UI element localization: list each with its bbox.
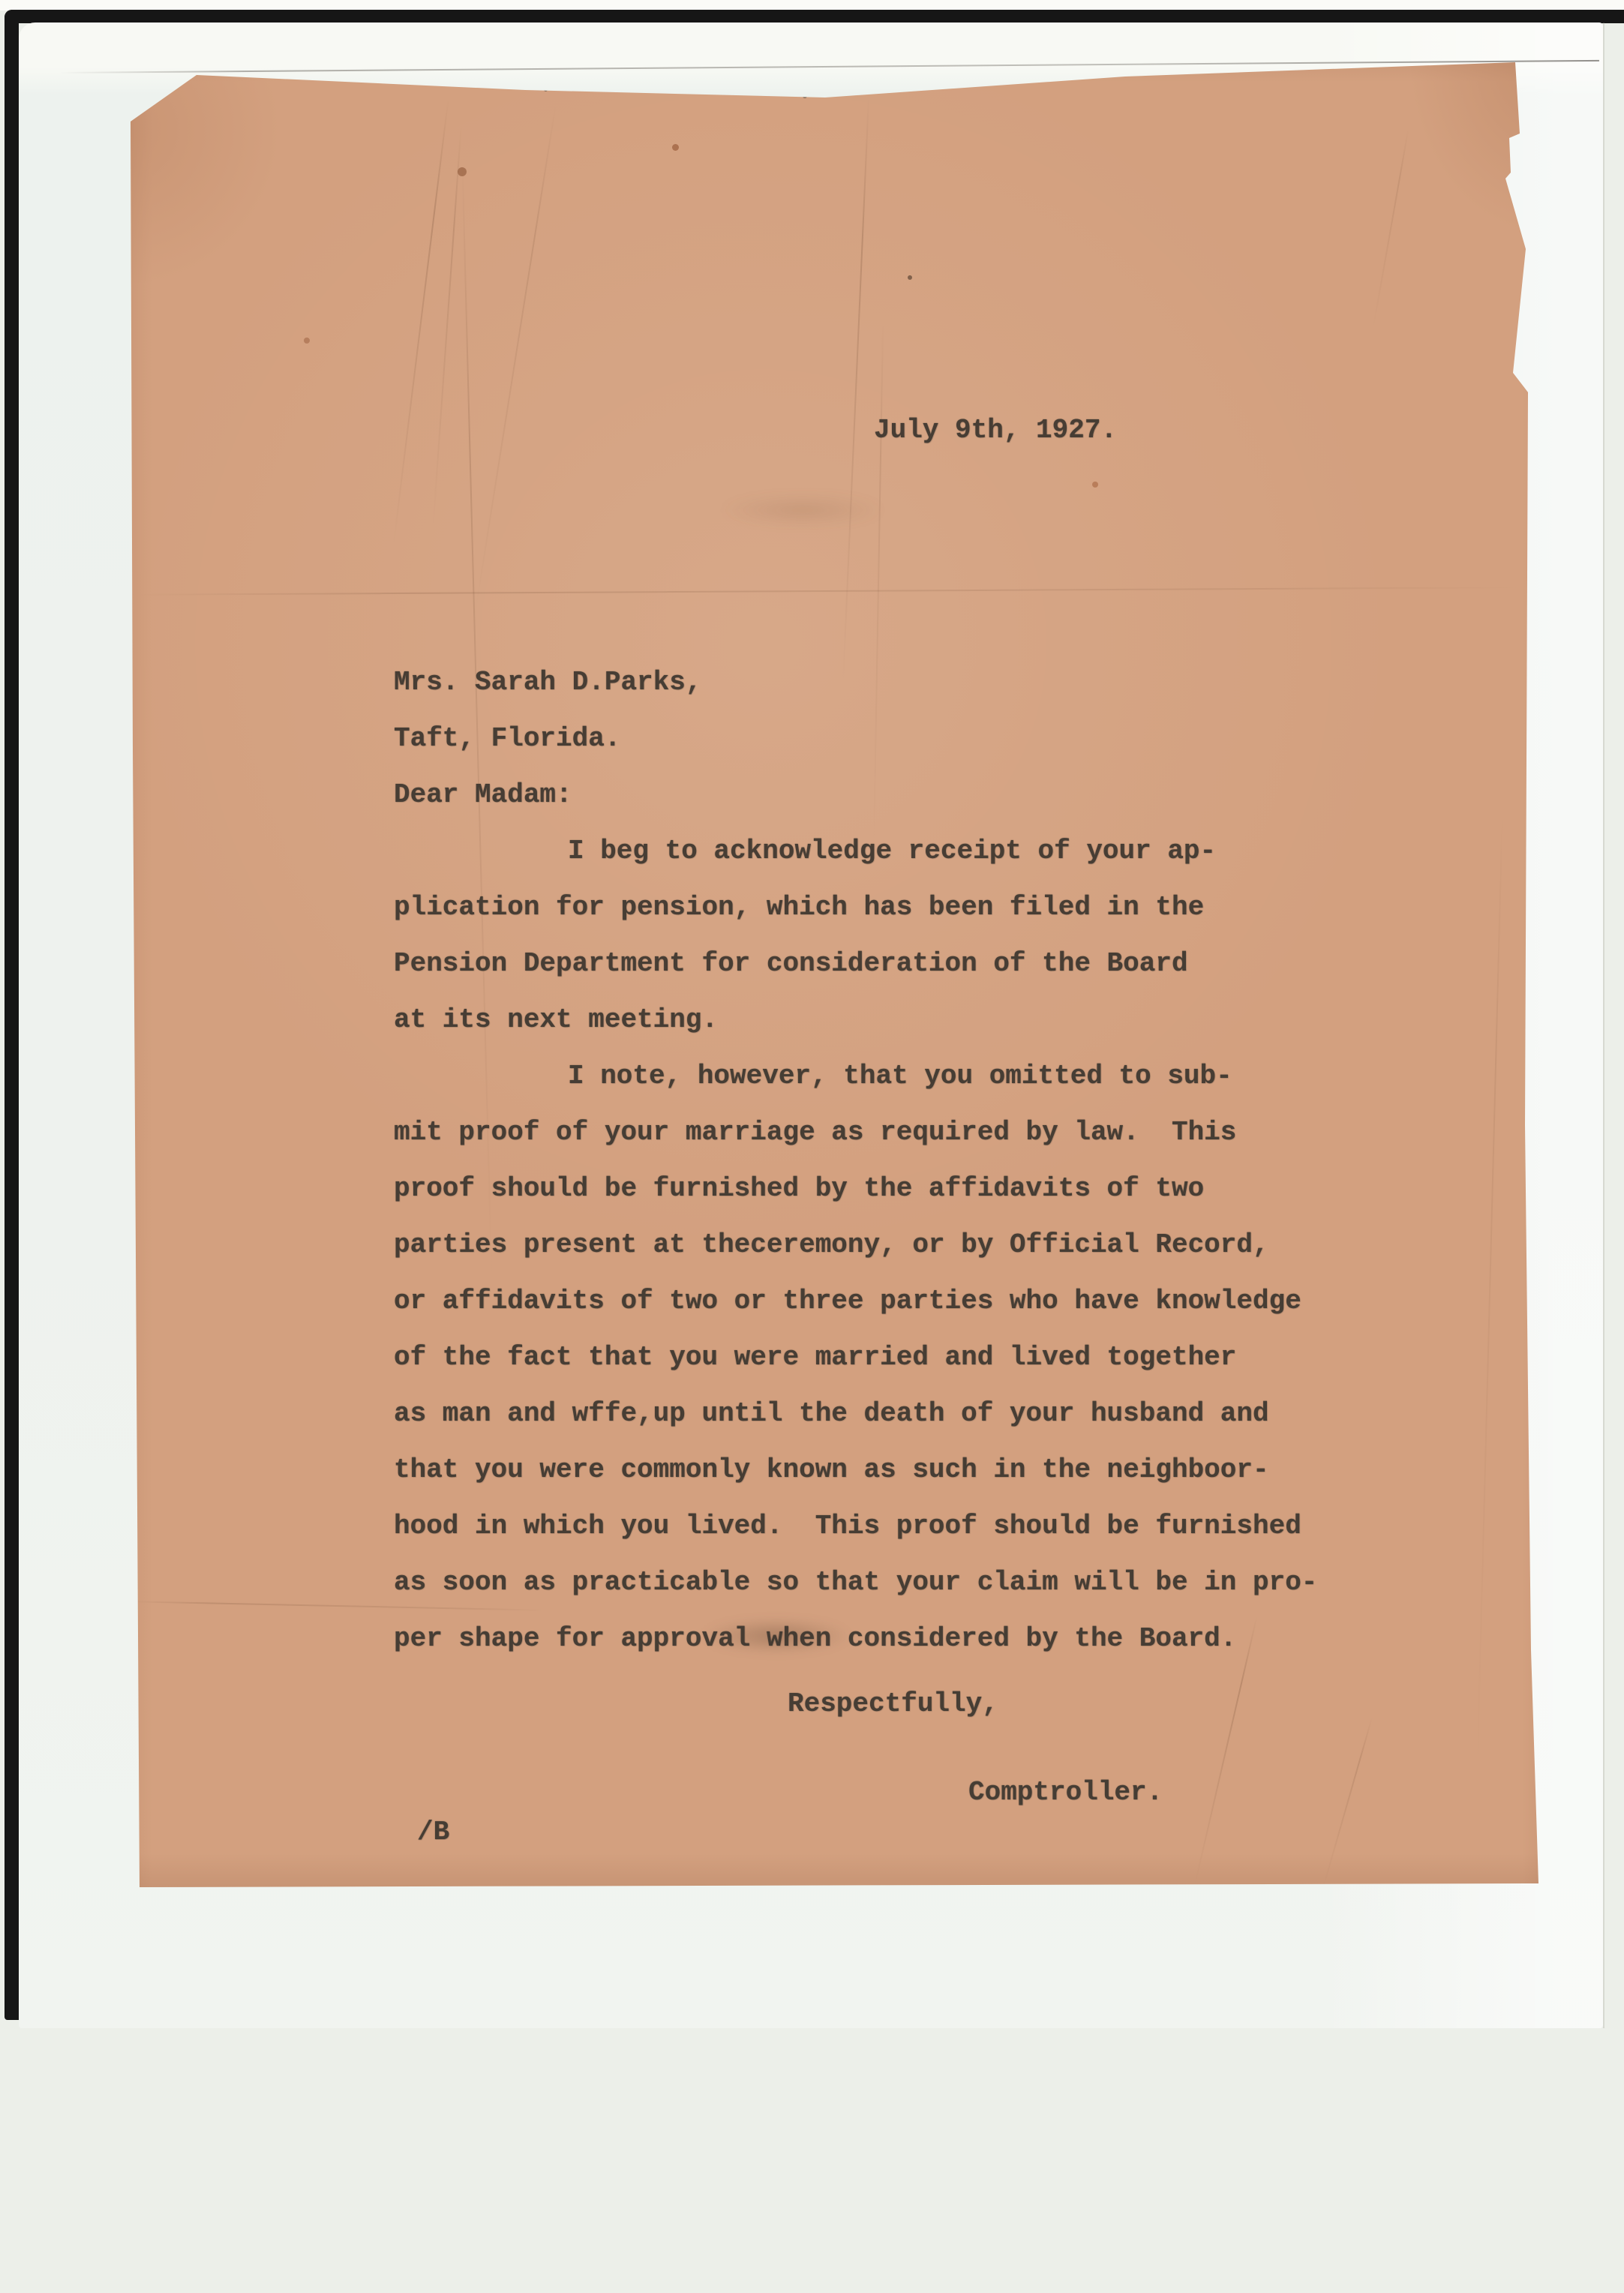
typist-initials: /B [417,1816,449,1849]
closing: Respectfully, [788,1688,998,1721]
letter-line: as man and wffe,up until the death of yo… [394,1397,1459,1454]
letter-line: proof should be furnished by the affidav… [394,1172,1459,1229]
paper-speck [458,167,467,176]
salutation: Dear Madam: [394,779,572,812]
signature-title: Comptroller. [968,1776,1163,1809]
crease-mark [873,323,884,848]
crease-mark [135,587,1523,596]
crease-mark [1373,129,1409,329]
letter-line: per shape for approval when considered b… [394,1622,1459,1679]
letter-paper: July 9th, 1927. Mrs. Sarah D.Parks, Taft… [124,56,1545,1890]
scanner-edge-strip [0,0,1624,11]
letter-line: Pension Department for consideration of … [394,947,1459,1004]
crease-mark [1476,814,1503,1774]
letter-line: parties present at theceremony, or by Of… [394,1229,1459,1285]
paper-speck [304,338,310,344]
letter-line: as soon as practicable so that your clai… [394,1566,1459,1622]
letter-line: mit proof of your marriage as required b… [394,1116,1459,1172]
letter-body: I beg to acknowledge receipt of your ap-… [394,835,1459,1679]
crease-mark [392,99,449,546]
crease-mark [842,98,869,682]
letter-line: or affidavits of two or three parties wh… [394,1285,1459,1341]
letter-line: hood in which you lived. This proof shou… [394,1510,1459,1566]
scanner-frame-left [5,10,19,2020]
letter-line: plication for pension, which has been fi… [394,891,1459,947]
letter-line: of the fact that you were married and li… [394,1341,1459,1397]
recipient-name: Mrs. Sarah D.Parks, [394,666,701,699]
paper-speck [908,275,912,280]
letter-line: I beg to acknowledge receipt of your ap- [394,835,1459,891]
paper-speck [1092,482,1098,488]
ink-smudge [720,495,885,525]
crease-mark [1322,1717,1373,1890]
scanner-frame-top [5,10,1624,23]
letter-line: I note, however, that you omitted to sub… [394,1060,1459,1116]
recipient-city: Taft, Florida. [394,722,620,755]
letter-date: July 9th, 1927. [874,414,1117,447]
letter-line: at its next meeting. [394,1004,1459,1060]
letter-line: that you were commonly known as such in … [394,1454,1459,1510]
crease-mark [473,104,556,623]
paper-speck [672,144,679,151]
backing-sheet-edge [1603,23,1604,2028]
